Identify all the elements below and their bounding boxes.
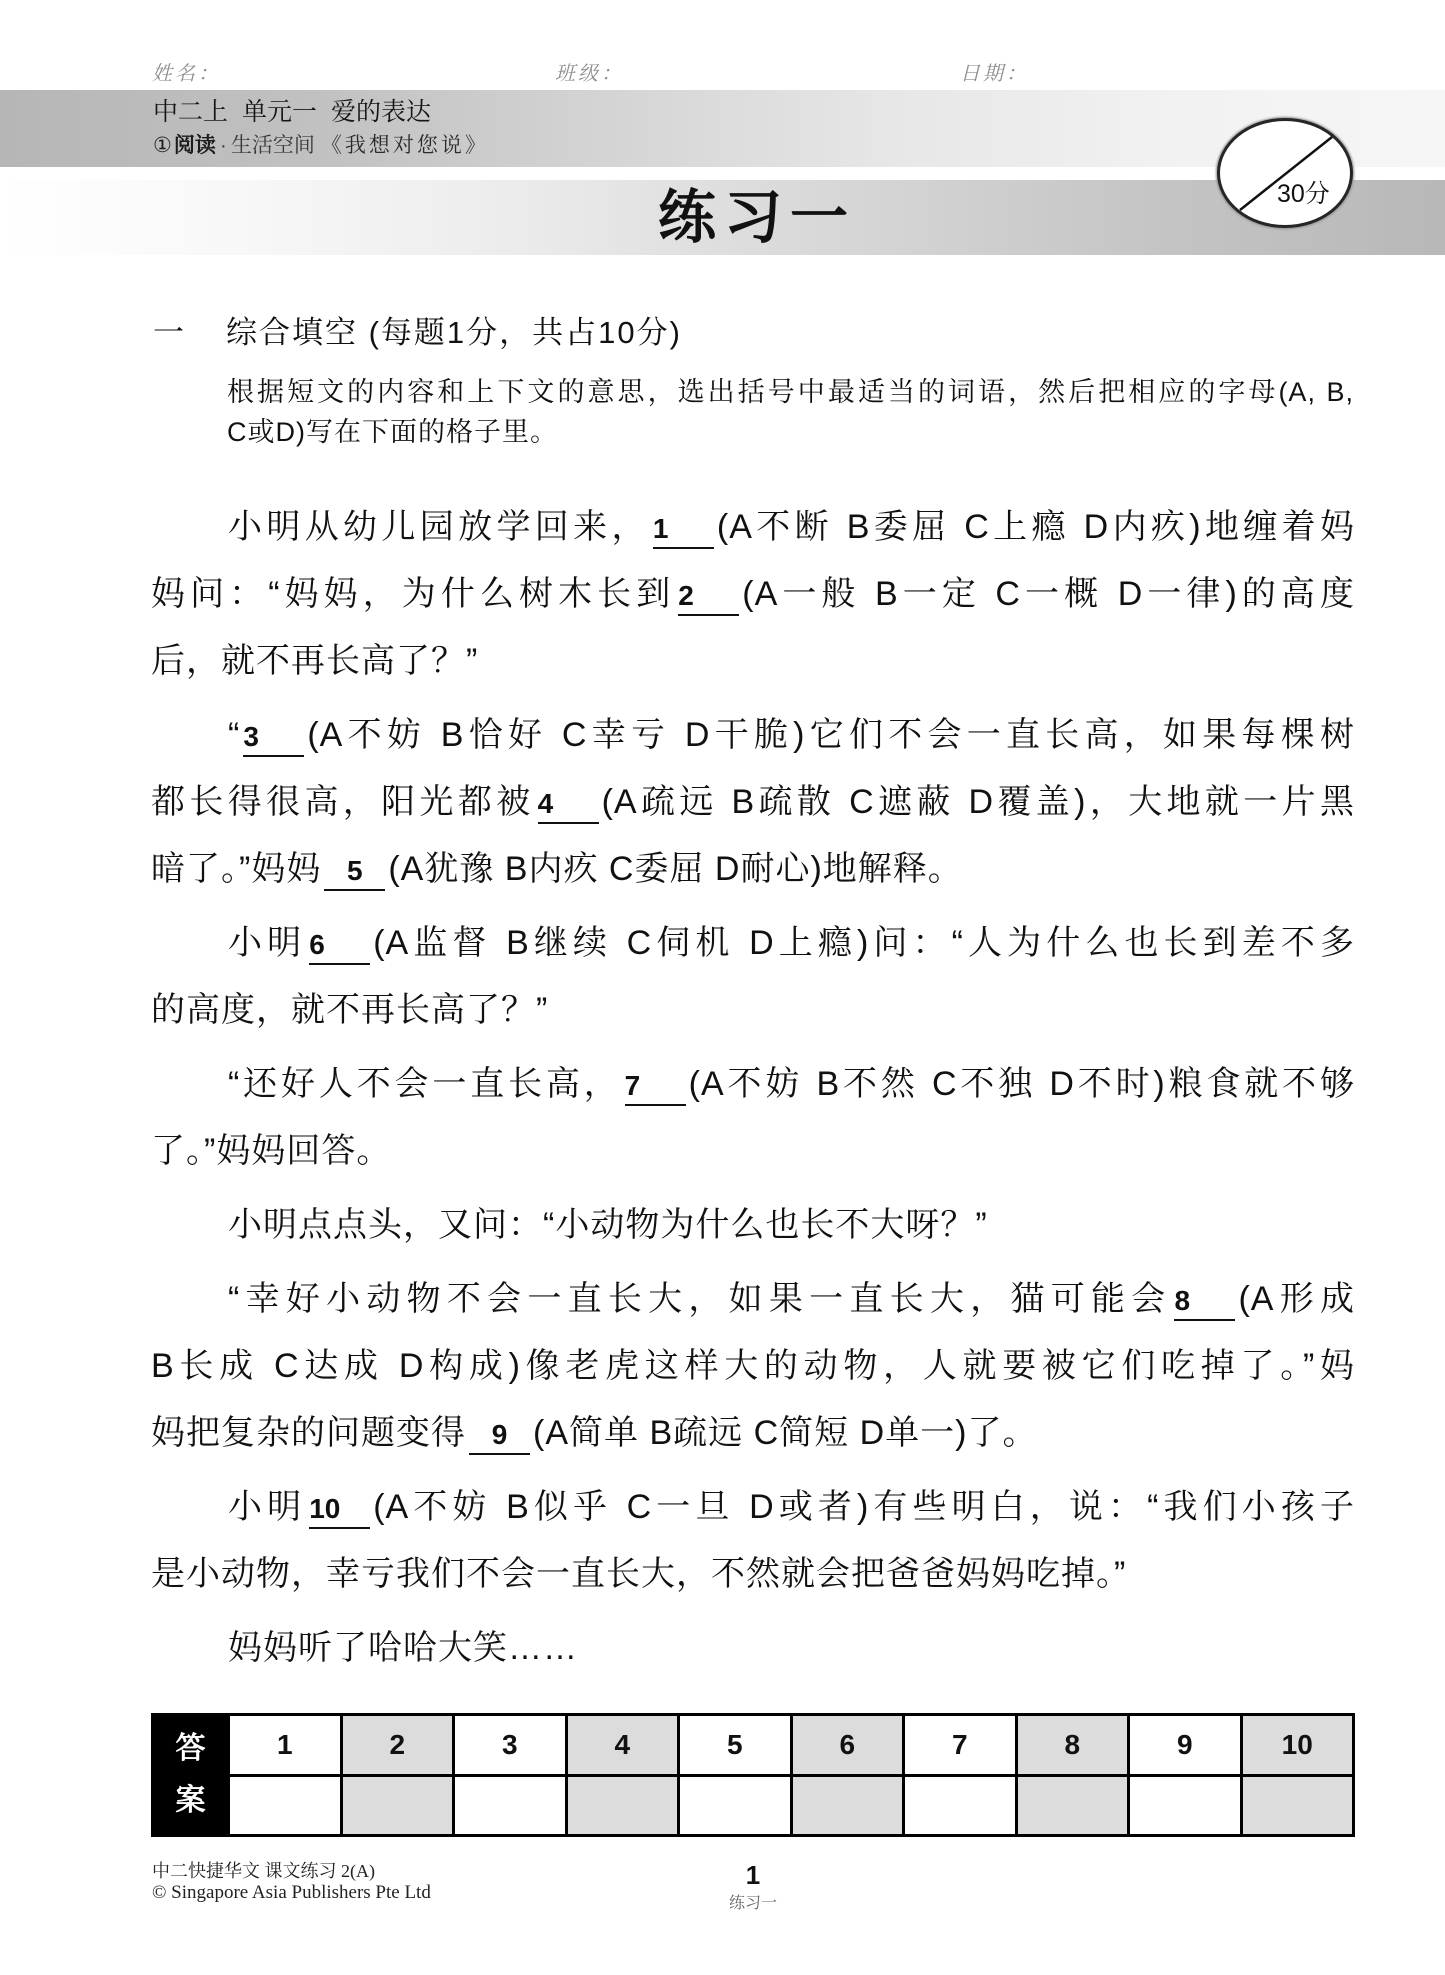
passage-text: (A监督 B继续 C伺机 D上瘾)问：“人为什么也长到差不多 bbox=[373, 924, 1355, 962]
question-blank-10: 10 bbox=[309, 1492, 370, 1529]
unit-heading: 中二上单元一爱的表达 bbox=[153, 96, 445, 128]
passage-text: “ bbox=[228, 716, 240, 754]
passage-text: (A一般 B一定 C一概 D一律)的高度 bbox=[742, 575, 1355, 613]
answer-number-2: 2 bbox=[341, 1715, 454, 1776]
passage-line: 的高度，就不再长高了？” bbox=[151, 977, 1355, 1044]
passage-line: 都长得很高，阳光都被4(A疏远 B疏散 C遮蔽 D覆盖)，大地就一片黑 bbox=[151, 769, 1355, 836]
passage-text: 妈问：“妈妈，为什么树木长到 bbox=[151, 575, 675, 613]
answer-cell-10[interactable] bbox=[1241, 1775, 1354, 1836]
page-number: 1 bbox=[703, 1860, 803, 1890]
answer-number-5: 5 bbox=[679, 1715, 792, 1776]
passage-paragraph-8: 妈妈听了哈哈大笑…… bbox=[151, 1615, 1355, 1682]
total-score: 30分 bbox=[1277, 179, 1330, 209]
theme-label: 爱的表达 bbox=[331, 98, 431, 126]
score-divider-icon bbox=[1220, 121, 1350, 225]
passage-text: (A不妨 B恰好 C幸亏 D干脆)它们不会一直长高，如果每棵树 bbox=[307, 716, 1355, 754]
question-blank-2: 2 bbox=[678, 579, 739, 616]
question-blank-1: 1 bbox=[653, 512, 714, 549]
passage-line: 是小动物，幸亏我们不会一直长大，不然就会把爸爸妈妈吃掉。” bbox=[151, 1541, 1355, 1608]
lesson-heading: ①阅读·生活空间《我想对您说》 bbox=[153, 131, 489, 160]
passage-line: 暗了。”妈妈5(A犹豫 B内疚 C委屈 D耐心)地解释。 bbox=[151, 836, 1355, 903]
passage-line: 小明10(A不妨 B似乎 C一旦 D或者)有些明白，说：“我们小孩子 bbox=[151, 1474, 1355, 1541]
date-label: 日期： bbox=[960, 58, 1029, 88]
book-title: 中二快捷华文 课文练习 2(A) bbox=[152, 1859, 375, 1883]
passage-text: 后，就不再长高了？” bbox=[151, 642, 478, 680]
passage-text: “幸好小动物不会一直长大，如果一直长大，猫可能会 bbox=[228, 1280, 1171, 1318]
answer-cell-9[interactable] bbox=[1129, 1775, 1242, 1836]
answer-cell-5[interactable] bbox=[679, 1775, 792, 1836]
answer-number-10: 10 bbox=[1241, 1715, 1354, 1776]
passage-text: 的高度，就不再长高了？” bbox=[151, 991, 548, 1029]
passage-text: 小明点点头，又问：“小动物为什么也长不大呀？” bbox=[228, 1206, 988, 1244]
level-label: 中二上 bbox=[153, 98, 228, 126]
passage-text: 小明 bbox=[228, 1488, 306, 1526]
answer-cell-7[interactable] bbox=[904, 1775, 1017, 1836]
passage-text: (A不断 B委屈 C上瘾 D内疚)地缠着妈 bbox=[717, 508, 1355, 546]
passage-text: 小明 bbox=[228, 924, 306, 962]
answer-label-cell: 答案 bbox=[153, 1715, 229, 1836]
answer-number-6: 6 bbox=[791, 1715, 904, 1776]
passage-text: 都长得很高，阳光都被 bbox=[151, 783, 535, 821]
answer-number-1: 1 bbox=[229, 1715, 342, 1776]
passage-line: 后，就不再长高了？” bbox=[151, 628, 1355, 695]
lesson-type: 阅读 bbox=[174, 134, 216, 157]
passage-paragraph-1: 小明从幼儿园放学回来，1(A不断 B委屈 C上瘾 D内疚)地缠着妈妈问：“妈妈，… bbox=[151, 494, 1355, 695]
page-title: 练习一 bbox=[151, 180, 1355, 255]
section-number: 一 bbox=[153, 313, 184, 353]
question-blank-7: 7 bbox=[625, 1069, 686, 1106]
question-blank-4: 4 bbox=[538, 787, 599, 824]
name-label: 姓名： bbox=[152, 58, 221, 88]
passage-paragraph-4: “还好人不会一直长高，7(A不妨 B不然 C不独 D不时)粮食就不够了。”妈妈回… bbox=[151, 1051, 1355, 1185]
answer-number-4: 4 bbox=[566, 1715, 679, 1776]
answer-cell-8[interactable] bbox=[1016, 1775, 1129, 1836]
answer-input-row bbox=[153, 1775, 1354, 1836]
question-blank-8: 8 bbox=[1174, 1284, 1235, 1321]
question-blank-9: 9 bbox=[469, 1418, 530, 1455]
answer-cell-4[interactable] bbox=[566, 1775, 679, 1836]
answer-label: 答案 bbox=[175, 1723, 207, 1827]
passage-paragraph-5: 小明点点头，又问：“小动物为什么也长不大呀？” bbox=[151, 1192, 1355, 1259]
passage-text: 了。”妈妈回答。 bbox=[151, 1132, 391, 1170]
passage-text: 妈妈听了哈哈大笑…… bbox=[228, 1629, 578, 1667]
passage-line: 小明点点头，又问：“小动物为什么也长不大呀？” bbox=[151, 1192, 1355, 1259]
unit-label: 单元一 bbox=[242, 98, 317, 126]
answer-cell-6[interactable] bbox=[791, 1775, 904, 1836]
lesson-title: 《我想对您说》 bbox=[321, 133, 489, 157]
question-blank-3: 3 bbox=[243, 720, 304, 757]
passage-text: 妈把复杂的问题变得 bbox=[151, 1414, 466, 1452]
score-circle: 30分 bbox=[1217, 118, 1353, 228]
passage-line: “幸好小动物不会一直长大，如果一直长大，猫可能会8(A形成 bbox=[151, 1266, 1355, 1333]
passage-text: 是小动物，幸亏我们不会一直长大，不然就会把爸爸妈妈吃掉。” bbox=[151, 1555, 1126, 1593]
passage-line: 妈问：“妈妈，为什么树木长到2(A一般 B一定 C一概 D一律)的高度 bbox=[151, 561, 1355, 628]
passage-line: 妈把复杂的问题变得9(A简单 B疏远 C简短 D单一)了。 bbox=[151, 1400, 1355, 1467]
cloze-passage: 小明从幼儿园放学回来，1(A不断 B委屈 C上瘾 D内疚)地缠着妈妈问：“妈妈，… bbox=[151, 494, 1355, 1682]
answer-number-row: 答案 1 2 3 4 5 6 7 8 9 10 bbox=[153, 1715, 1354, 1776]
passage-line: 妈妈听了哈哈大笑…… bbox=[151, 1615, 1355, 1682]
answer-cell-3[interactable] bbox=[454, 1775, 567, 1836]
passage-text: B长成 C达成 D构成)像老虎这样大的动物，人就要被它们吃掉了。”妈 bbox=[151, 1347, 1355, 1385]
lesson-section: 生活空间 bbox=[231, 134, 315, 157]
passage-paragraph-6: “幸好小动物不会一直长大，如果一直长大，猫可能会8(A形成B长成 C达成 D构成… bbox=[151, 1266, 1355, 1467]
copyright: © Singapore Asia Publishers Pte Ltd bbox=[152, 1881, 431, 1905]
passage-text: 小明从幼儿园放学回来， bbox=[228, 508, 650, 546]
passage-text: (A形成 bbox=[1238, 1280, 1355, 1318]
passage-line: 了。”妈妈回答。 bbox=[151, 1118, 1355, 1185]
passage-paragraph-2: “3(A不妨 B恰好 C幸亏 D干脆)它们不会一直长高，如果每棵树都长得很高，阳… bbox=[151, 702, 1355, 903]
passage-line: “还好人不会一直长高，7(A不妨 B不然 C不独 D不时)粮食就不够 bbox=[151, 1051, 1355, 1118]
answer-number-9: 9 bbox=[1129, 1715, 1242, 1776]
passage-text: “还好人不会一直长高， bbox=[228, 1065, 622, 1103]
passage-text: 暗了。”妈妈 bbox=[151, 850, 321, 888]
passage-text: (A犹豫 B内疚 C委屈 D耐心)地解释。 bbox=[388, 850, 962, 888]
answer-number-3: 3 bbox=[454, 1715, 567, 1776]
separator-dot: · bbox=[220, 134, 227, 157]
answer-number-7: 7 bbox=[904, 1715, 1017, 1776]
instructions-line-1: 根据短文的内容和上下文的意思，选出括号中最适当的词语，然后把相应的字母(A, B… bbox=[227, 372, 1354, 412]
passage-line: 小明从幼儿园放学回来，1(A不断 B委屈 C上瘾 D内疚)地缠着妈 bbox=[151, 494, 1355, 561]
passage-line: “3(A不妨 B恰好 C幸亏 D干脆)它们不会一直长高，如果每棵树 bbox=[151, 702, 1355, 769]
passage-paragraph-3: 小明6(A监督 B继续 C伺机 D上瘾)问：“人为什么也长到差不多的高度，就不再… bbox=[151, 910, 1355, 1044]
lesson-number-icon: ① bbox=[153, 134, 172, 157]
passage-text: (A疏远 B疏散 C遮蔽 D覆盖)，大地就一片黑 bbox=[602, 783, 1355, 821]
question-blank-5: 5 bbox=[324, 854, 385, 891]
answer-cell-1[interactable] bbox=[229, 1775, 342, 1836]
class-label: 班级： bbox=[555, 58, 624, 88]
answer-cell-2[interactable] bbox=[341, 1775, 454, 1836]
passage-text: (A不妨 B似乎 C一旦 D或者)有些明白，说：“我们小孩子 bbox=[373, 1488, 1355, 1526]
passage-paragraph-7: 小明10(A不妨 B似乎 C一旦 D或者)有些明白，说：“我们小孩子是小动物，幸… bbox=[151, 1474, 1355, 1608]
answer-table: 答案 1 2 3 4 5 6 7 8 9 10 bbox=[151, 1713, 1355, 1837]
instructions-line-2: C或D)写在下面的格子里。 bbox=[227, 412, 1354, 452]
answer-number-8: 8 bbox=[1016, 1715, 1129, 1776]
passage-line: 小明6(A监督 B继续 C伺机 D上瘾)问：“人为什么也长到差不多 bbox=[151, 910, 1355, 977]
passage-line: B长成 C达成 D构成)像老虎这样大的动物，人就要被它们吃掉了。”妈 bbox=[151, 1333, 1355, 1400]
passage-text: (A不妨 B不然 C不独 D不时)粮食就不够 bbox=[689, 1065, 1355, 1103]
page-label: 练习一 bbox=[703, 1893, 803, 1915]
question-blank-6: 6 bbox=[309, 928, 370, 965]
section-heading: 综合填空 (每题1分，共占10分) bbox=[226, 313, 682, 353]
passage-text: (A简单 B疏远 C简短 D单一)了。 bbox=[533, 1414, 1037, 1452]
